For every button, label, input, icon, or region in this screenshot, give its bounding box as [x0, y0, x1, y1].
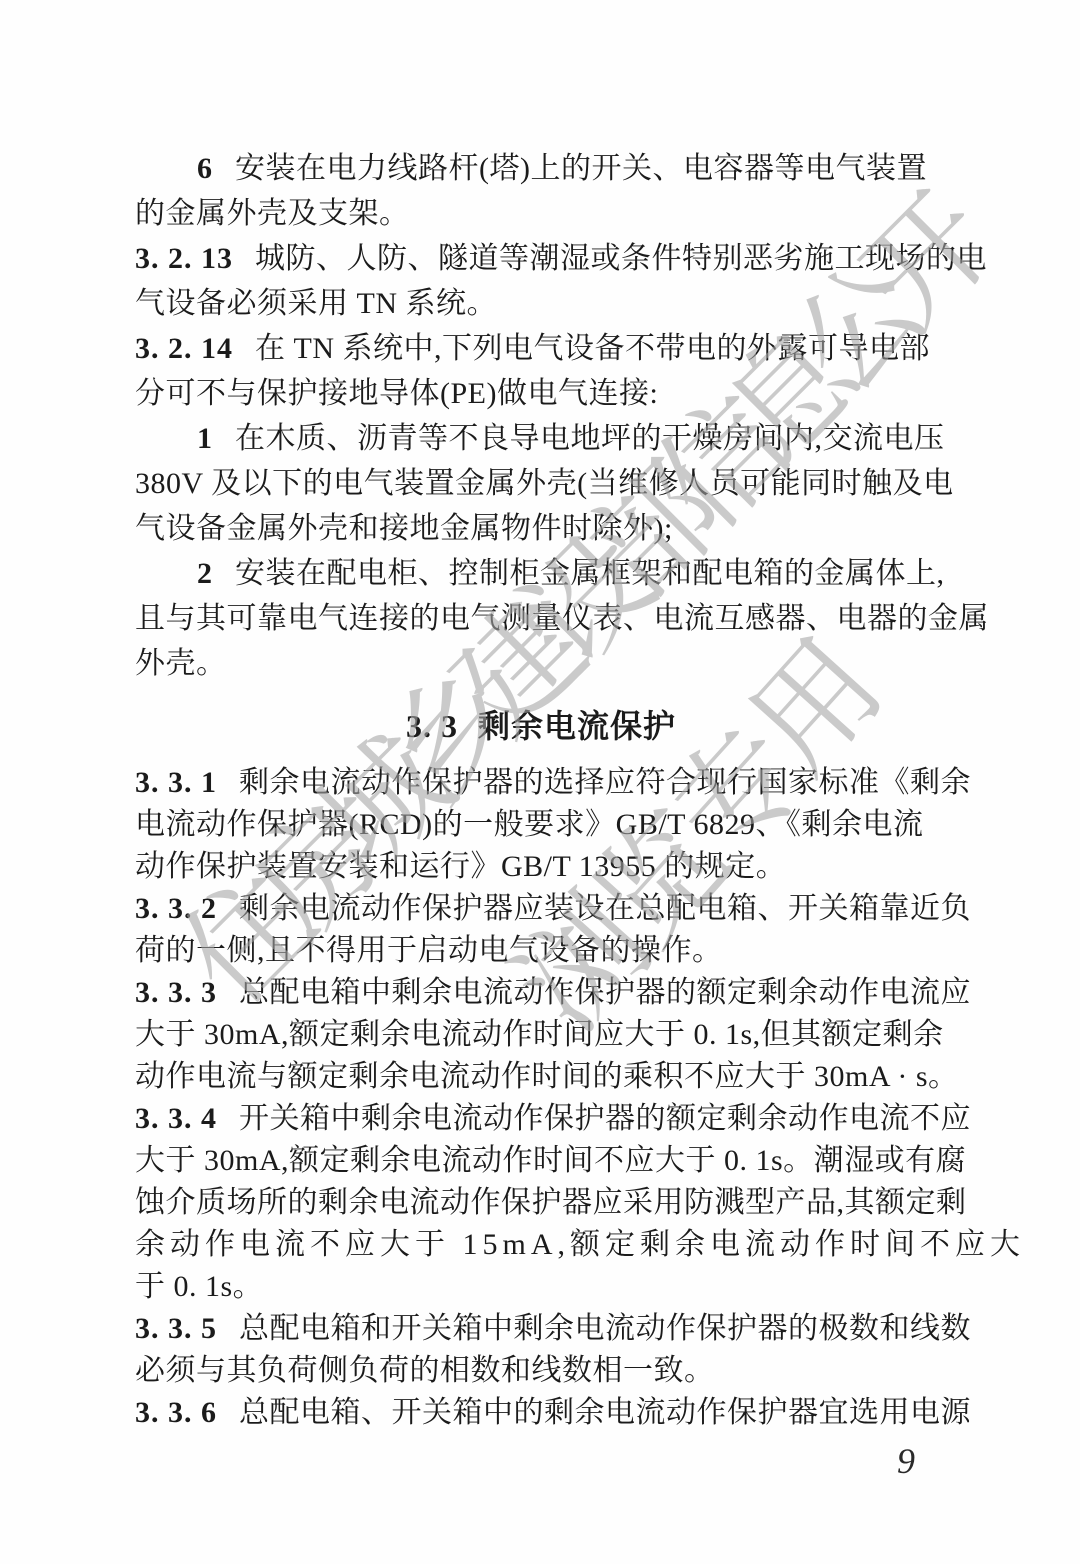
text-line: 1在木质、沥青等不良导电地坪的干燥房间内,交流电压: [135, 416, 947, 461]
line-text: 外壳。: [135, 647, 227, 680]
text-line: 3. 3. 4开关箱中剩余电流动作保护器的额定剩余动作电流不应: [135, 1098, 947, 1140]
line-text: 气设备金属外壳和接地金属物件时除外);: [135, 512, 673, 545]
section-heading: 3. 3剩余电流保护: [135, 698, 947, 754]
line-text: 城防、人防、隧道等潮湿或条件特别恶劣施工现场的电: [255, 242, 987, 275]
text-line: 电流动作保护器(RCD)的一般要求》GB/T 6829、《剩余电流: [135, 804, 947, 846]
clause-number: 2: [197, 557, 213, 590]
document-page: 住房城乡建设部信息公开 浏览专用 6安装在电力线路杆(塔)上的开关、电容器等电气…: [0, 0, 1080, 1564]
line-text: 大于 30mA,额定剩余电流动作时间应大于 0. 1s,但其额定剩余: [135, 1018, 944, 1051]
clause-number: 3. 3. 4: [135, 1102, 217, 1135]
text-line: 380V 及以下的电气装置金属外壳(当维修人员可能同时触及电: [135, 461, 947, 506]
text-line: 2安装在配电柜、控制柜金属框架和配电箱的金属体上,: [135, 551, 947, 596]
line-text: 的金属外壳及支架。: [135, 197, 410, 230]
line-text: 蚀介质场所的剩余电流动作保护器应采用防溅型产品,其额定剩: [135, 1186, 967, 1219]
text-line: 3. 2. 13城防、人防、隧道等潮湿或条件特别恶劣施工现场的电: [135, 236, 947, 281]
section-body: 3. 3. 1剩余电流动作保护器的选择应符合现行国家标准《剩余 电流动作保护器(…: [135, 762, 947, 1434]
line-text: 剩余电流动作保护器应装设在总配电箱、开关箱靠近负: [239, 892, 971, 925]
text-line: 动作保护装置安装和运行》GB/T 13955 的规定。: [135, 846, 947, 888]
text-line: 荷的一侧,且不得用于启动电气设备的操作。: [135, 930, 947, 972]
text-line: 3. 3. 5总配电箱和开关箱中剩余电流动作保护器的极数和线数: [135, 1308, 947, 1350]
text-line: 外壳。: [135, 641, 947, 686]
line-text: 动作电流与额定剩余电流动作时间的乘积不应大于 30mA · s。: [135, 1060, 959, 1093]
clause-number: 3. 3. 1: [135, 766, 217, 799]
line-text: 总配电箱中剩余电流动作保护器的额定剩余动作电流应: [239, 976, 971, 1009]
section-number: 3. 3: [406, 708, 458, 744]
text-line: 3. 3. 1剩余电流动作保护器的选择应符合现行国家标准《剩余: [135, 762, 947, 804]
line-text: 在木质、沥青等不良导电地坪的干燥房间内,交流电压: [235, 422, 945, 455]
text-line: 6安装在电力线路杆(塔)上的开关、电容器等电气装置: [135, 146, 947, 191]
text-line: 蚀介质场所的剩余电流动作保护器应采用防溅型产品,其额定剩: [135, 1182, 947, 1224]
clause-number: 3. 2. 14: [135, 332, 233, 365]
text-line: 必须与其负荷侧负荷的相数和线数相一致。: [135, 1350, 947, 1392]
line-text: 必须与其负荷侧负荷的相数和线数相一致。: [135, 1354, 715, 1387]
text-line: 大于 30mA,额定剩余电流动作时间不应大于 0. 1s。潮湿或有腐: [135, 1140, 947, 1182]
clause-number: 3. 3. 6: [135, 1396, 217, 1429]
text-line: 余动作电流不应大于 15mA,额定剩余电流动作时间不应大: [135, 1224, 947, 1266]
page-number: 9: [897, 1440, 915, 1482]
line-text: 安装在电力线路杆(塔)上的开关、电容器等电气装置: [235, 152, 927, 185]
line-text: 总配电箱和开关箱中剩余电流动作保护器的极数和线数: [239, 1312, 971, 1345]
text-line: 动作电流与额定剩余电流动作时间的乘积不应大于 30mA · s。: [135, 1056, 947, 1098]
text-line: 3. 3. 3总配电箱中剩余电流动作保护器的额定剩余动作电流应: [135, 972, 947, 1014]
line-text: 大于 30mA,额定剩余电流动作时间不应大于 0. 1s。潮湿或有腐: [135, 1144, 966, 1177]
clause-number: 3. 3. 3: [135, 976, 217, 1009]
line-text: 总配电箱、开关箱中的剩余电流动作保护器宜选用电源: [239, 1396, 971, 1429]
clause-number: 3. 2. 13: [135, 242, 233, 275]
text-line: 大于 30mA,额定剩余电流动作时间应大于 0. 1s,但其额定剩余: [135, 1014, 947, 1056]
line-text: 开关箱中剩余电流动作保护器的额定剩余动作电流不应: [239, 1102, 971, 1135]
text-line: 分可不与保护接地导体(PE)做电气连接:: [135, 371, 947, 416]
line-text: 于 0. 1s。: [135, 1270, 263, 1303]
line-text: 荷的一侧,且不得用于启动电气设备的操作。: [135, 934, 723, 967]
text-line: 于 0. 1s。: [135, 1266, 947, 1308]
text-line: 的金属外壳及支架。: [135, 191, 947, 236]
line-text: 余动作电流不应大于 15mA,额定剩余电流动作时间不应大: [135, 1228, 1025, 1261]
text-line: 3. 2. 14在 TN 系统中,下列电气设备不带电的外露可导电部: [135, 326, 947, 371]
clause-number: 1: [197, 422, 213, 455]
line-text: 分可不与保护接地导体(PE)做电气连接:: [135, 377, 658, 410]
line-text: 380V 及以下的电气装置金属外壳(当维修人员可能同时触及电: [135, 467, 954, 500]
clause-number: 6: [197, 152, 213, 185]
clause-number: 3. 3. 5: [135, 1312, 217, 1345]
text-line: 气设备必须采用 TN 系统。: [135, 281, 947, 326]
line-text: 在 TN 系统中,下列电气设备不带电的外露可导电部: [255, 332, 930, 365]
clause-number: 3. 3. 2: [135, 892, 217, 925]
text-line: 3. 3. 6总配电箱、开关箱中的剩余电流动作保护器宜选用电源: [135, 1392, 947, 1434]
text-line: 且与其可靠电气连接的电气测量仪表、电流互感器、电器的金属: [135, 596, 947, 641]
line-text: 动作保护装置安装和运行》GB/T 13955 的规定。: [135, 850, 786, 883]
text-line: 3. 3. 2剩余电流动作保护器应装设在总配电箱、开关箱靠近负: [135, 888, 947, 930]
line-text: 电流动作保护器(RCD)的一般要求》GB/T 6829、《剩余电流: [135, 808, 923, 841]
section-title: 剩余电流保护: [478, 708, 676, 744]
line-text: 剩余电流动作保护器的选择应符合现行国家标准《剩余: [239, 766, 971, 799]
line-text: 且与其可靠电气连接的电气测量仪表、电流互感器、电器的金属: [135, 602, 989, 635]
line-text: 气设备必须采用 TN 系统。: [135, 287, 497, 320]
text-line: 气设备金属外壳和接地金属物件时除外);: [135, 506, 947, 551]
text-block: 6安装在电力线路杆(塔)上的开关、电容器等电气装置 的金属外壳及支架。 3. 2…: [135, 146, 947, 1434]
line-text: 安装在配电柜、控制柜金属框架和配电箱的金属体上,: [235, 557, 945, 590]
